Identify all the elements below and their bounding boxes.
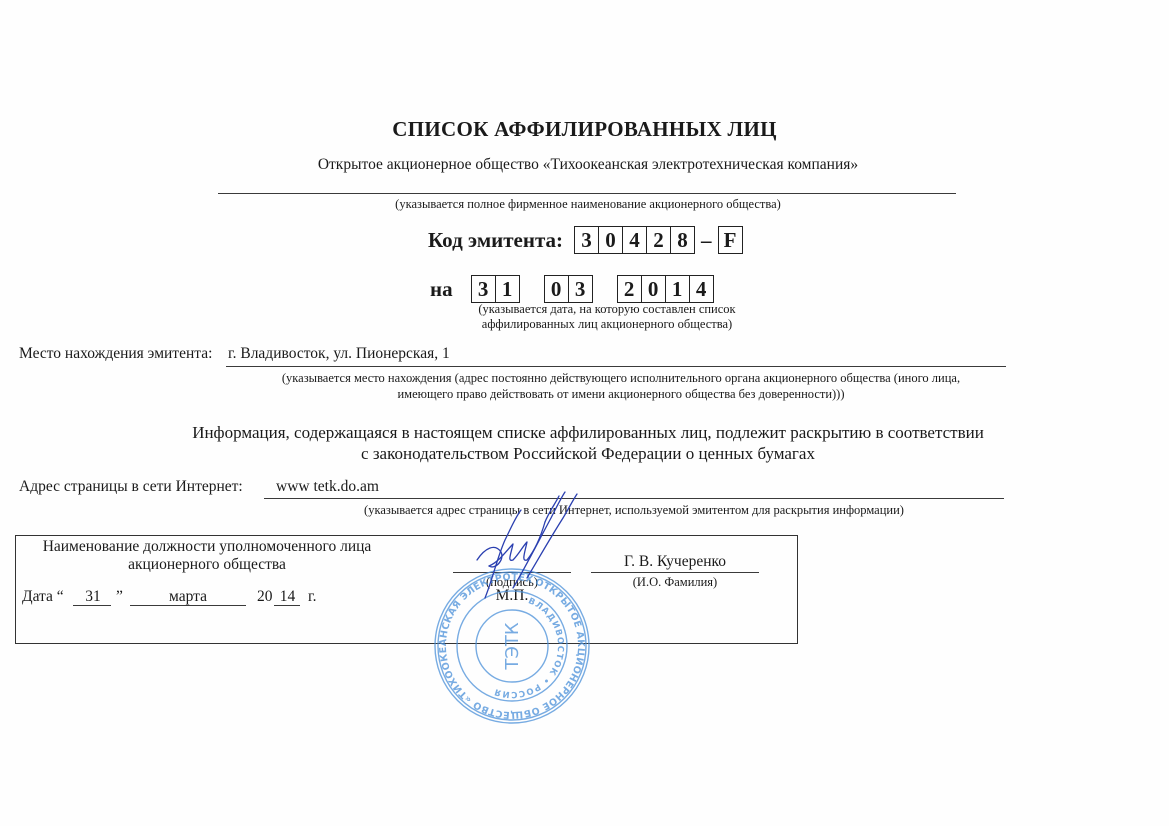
signer-name-underline bbox=[591, 572, 759, 573]
location-underline bbox=[226, 366, 1006, 367]
list-date-note: (указывается дата, на которую составлен … bbox=[452, 302, 762, 332]
signing-date-label: Дата “ bbox=[22, 588, 64, 606]
signing-date-day-underline bbox=[73, 605, 111, 606]
date-digit: 0 bbox=[545, 276, 568, 302]
signing-date-year-prefix: 20 bbox=[257, 588, 273, 606]
issuer-code-digit: 4 bbox=[622, 227, 646, 253]
list-date-note-line1: (указывается дата, на которую составлен … bbox=[452, 302, 762, 317]
issuer-code-suffix-box: F bbox=[718, 226, 743, 254]
website-label: Адрес страницы в сети Интернет: bbox=[19, 478, 243, 496]
signing-date-quote-close: ” bbox=[116, 588, 123, 606]
date-digit: 0 bbox=[641, 276, 665, 302]
disclosure-line1: Информация, содержащаяся в настоящем спи… bbox=[0, 422, 1169, 443]
location-label: Место нахождения эмитента: bbox=[19, 345, 212, 363]
stamp-center-text: ТЭТК bbox=[502, 622, 523, 671]
handwritten-signature bbox=[455, 488, 585, 603]
issuer-code-digit: 8 bbox=[670, 227, 694, 253]
signer-name: Г. В. Кучеренко bbox=[591, 553, 759, 571]
issuer-code-label: Код эмитента: bbox=[428, 228, 563, 253]
issuer-code-digit: 3 bbox=[575, 227, 598, 253]
disclosure-line2: с законодательством Российской Федерации… bbox=[0, 443, 1169, 464]
company-name-note: (указывается полное фирменное наименован… bbox=[0, 197, 1169, 212]
issuer-code-digits: 3 0 4 2 8 bbox=[574, 226, 695, 254]
list-date-note-line2: аффилированных лиц акционерного общества… bbox=[452, 317, 762, 332]
issuer-code-separator: – bbox=[701, 228, 712, 253]
location-note: (указывается место нахождения (адрес пос… bbox=[226, 370, 1016, 402]
authorized-position-line1: Наименование должности уполномоченного л… bbox=[22, 538, 392, 556]
company-name-underline bbox=[218, 193, 956, 194]
date-digit: 3 bbox=[472, 276, 495, 302]
date-digit: 1 bbox=[495, 276, 519, 302]
signing-date-day: 31 bbox=[74, 588, 112, 606]
location-value: г. Владивосток, ул. Пионерская, 1 bbox=[228, 345, 450, 363]
website-underline bbox=[264, 498, 1004, 499]
disclosure-statement: Информация, содержащаяся в настоящем спи… bbox=[0, 422, 1169, 464]
date-digit: 1 bbox=[665, 276, 689, 302]
signing-date-year-suffix: 14 bbox=[275, 588, 300, 606]
signer-caption: (И.О. Фамилия) bbox=[591, 575, 759, 590]
list-date-label: на bbox=[430, 277, 453, 302]
date-digit: 4 bbox=[689, 276, 713, 302]
issuer-code-digit: 2 bbox=[646, 227, 670, 253]
signing-date-year-underline bbox=[274, 605, 300, 606]
list-date-day: 3 1 bbox=[471, 275, 520, 303]
authorized-position: Наименование должности уполномоченного л… bbox=[22, 538, 392, 574]
authorized-position-line2: акционерного общества bbox=[22, 556, 392, 574]
location-note-line2: имеющего право действовать от имени акци… bbox=[226, 386, 1016, 402]
website-note: (указывается адрес страницы в сети Интер… bbox=[264, 503, 1004, 518]
list-date-year: 2 0 1 4 bbox=[617, 275, 714, 303]
signing-date-month: марта bbox=[130, 588, 246, 606]
issuer-code-row: Код эмитента: 3 0 4 2 8 – F bbox=[428, 226, 743, 254]
signing-date-year-unit: г. bbox=[308, 588, 316, 606]
date-digit: 3 bbox=[568, 276, 592, 302]
document-title: СПИСОК АФФИЛИРОВАННЫХ ЛИЦ bbox=[0, 117, 1169, 142]
location-note-line1: (указывается место нахождения (адрес пос… bbox=[226, 370, 1016, 386]
issuer-code-suffix: F bbox=[719, 227, 742, 253]
signing-date-month-underline bbox=[130, 605, 246, 606]
issuer-code-digit: 0 bbox=[598, 227, 622, 253]
list-date-month: 0 3 bbox=[544, 275, 593, 303]
website-value[interactable]: www tetk.do.am bbox=[276, 478, 379, 496]
list-date-row: на 3 1 0 3 2 0 1 4 bbox=[430, 275, 714, 303]
date-digit: 2 bbox=[618, 276, 641, 302]
company-name: Открытое акционерное общество «Тихоокеан… bbox=[0, 156, 1169, 174]
